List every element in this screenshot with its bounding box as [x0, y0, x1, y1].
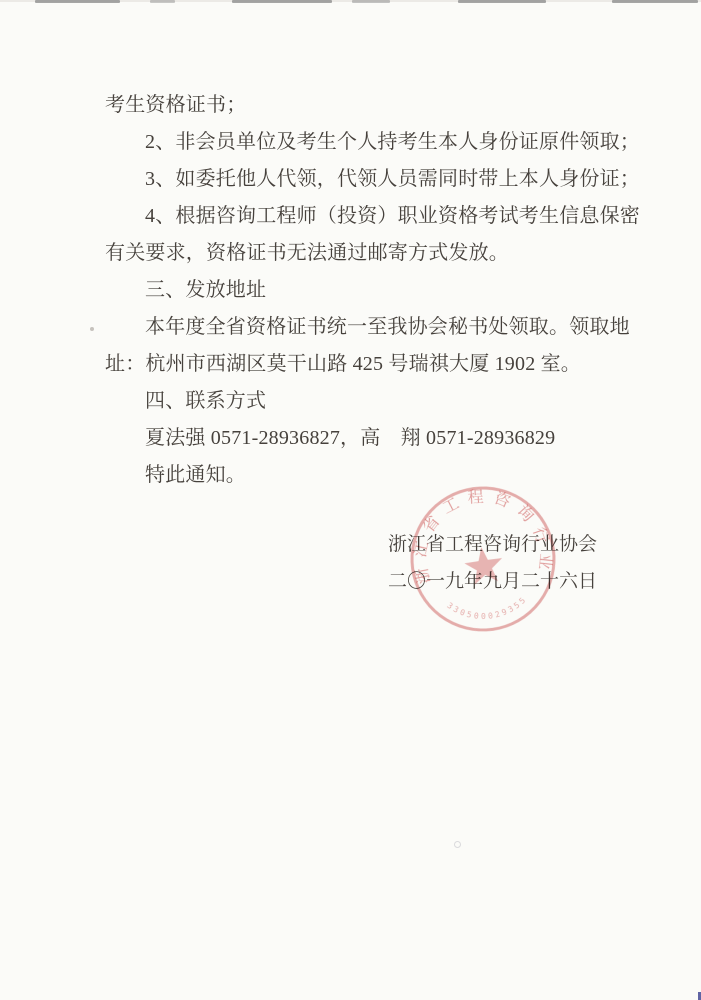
notice-section-heading: 四、联系方式	[105, 383, 630, 420]
notice-line: 址：杭州市西湖区莫干山路 425 号瑞祺大厦 1902 室。	[105, 346, 630, 383]
scan-artifact-dash	[35, 0, 120, 3]
notice-section-heading: 三、发放地址	[105, 272, 630, 309]
scan-artifact-speck	[90, 327, 94, 331]
scan-artifact-dash	[150, 0, 175, 3]
notice-body: 考生资格证书； 2、非会员单位及考生个人持考生本人身份证原件领取； 3、如委托他…	[105, 87, 630, 494]
scan-artifact-dash	[458, 0, 546, 3]
scan-artifact-speck	[454, 841, 461, 848]
notice-contact-line: 夏法强 0571-28936827，高 翔 0571-28936829	[105, 420, 630, 457]
notice-line: 考生资格证书；	[105, 87, 630, 124]
signature-block: 浙江省工程咨询行业协会 二〇一九年九月二十六日	[388, 526, 598, 600]
document-page: 考生资格证书； 2、非会员单位及考生个人持考生本人身份证原件领取； 3、如委托他…	[0, 0, 701, 1000]
scan-artifact-dash	[352, 0, 390, 3]
signature-date: 二〇一九年九月二十六日	[388, 563, 598, 600]
notice-line: 本年度全省资格证书统一至我协会秘书处领取。领取地	[105, 309, 630, 346]
signature-organization: 浙江省工程咨询行业协会	[388, 526, 598, 563]
notice-line: 2、非会员单位及考生个人持考生本人身份证原件领取；	[105, 124, 630, 161]
notice-line: 有关要求，资格证书无法通过邮寄方式发放。	[105, 235, 630, 272]
scan-artifact-dash	[612, 0, 698, 3]
notice-line: 4、根据咨询工程师（投资）职业资格考试考生信息保密	[105, 198, 630, 235]
notice-closing-line: 特此通知。	[105, 457, 630, 494]
notice-line: 3、如委托他人代领，代领人员需同时带上本人身份证；	[105, 161, 630, 198]
scan-artifact-dash	[232, 0, 332, 3]
